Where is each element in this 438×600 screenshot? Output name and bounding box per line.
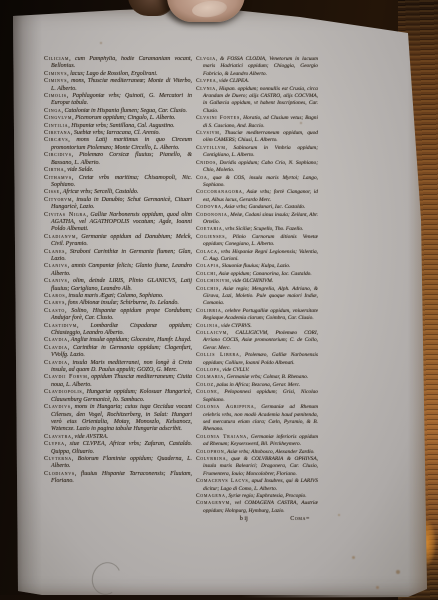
entry-text: palus in Africa; Bezcona, Gerar. Merc. xyxy=(216,382,300,388)
entry-text: Doridis oppidum; Cabo Crio, N. Sophiano;… xyxy=(203,160,318,173)
entry-headword: Coloz xyxy=(196,382,214,388)
entry-headword: Clarvs xyxy=(44,300,65,306)
entry-headword: Cisse xyxy=(44,189,60,195)
dictionary-entry: Colapia, Slauoniæ fluuius; Kulpa, Lazio. xyxy=(196,263,318,270)
dictionary-entry: Clodianvs, fluuius Hispaniæ Tarraconensi… xyxy=(44,471,192,486)
dictionary-entry: Clastidivm, Lombardiæ Cispadanæ oppidum;… xyxy=(44,323,192,338)
entry-headword: Clavdiopolis xyxy=(44,389,82,395)
entry-headword: Claros xyxy=(44,293,65,299)
entry-headword: Clypea xyxy=(44,441,65,447)
entry-headword: Colchis xyxy=(196,286,219,292)
dictionary-entry: Clavstra, vide AVSTRA. xyxy=(44,434,192,441)
entry-text: Hispaniæ vrbs; Santillana, Cal. Augustin… xyxy=(71,123,174,129)
dictionary-entry: Coccoranagora, Asiæ vrbs; fortè Ciangano… xyxy=(196,189,318,204)
entry-headword: Ciminvs xyxy=(44,78,67,84)
entry-headword: Colaca xyxy=(196,249,218,255)
dictionary-entry: Clavdiopolis, Hungariæ oppidum; Kolosuar… xyxy=(44,389,192,404)
dictionary-entry: Codovra, Asiæ vrbs; Gandanari, Iac. Cast… xyxy=(196,204,318,211)
entry-headword: Collops xyxy=(196,367,220,373)
dictionary-entry: Clvterna, Boiorum Flaminiæ oppidum; Quad… xyxy=(44,456,192,471)
dictionary-entry: Ciminvs, mons, Thusciæ mediterraneæ; Mon… xyxy=(44,78,192,93)
entry-headword: Comacenvs Lacvs xyxy=(196,478,248,484)
entry-headword: Clanes xyxy=(44,249,65,255)
entry-text: vide CLIPEA. xyxy=(219,78,249,84)
dictionary-entry: Clavdia, Carinthiæ in Germania oppidum; … xyxy=(44,345,192,360)
entry-separator: , xyxy=(226,145,234,151)
entry-separator: , xyxy=(72,175,79,181)
entry-headword: Colvbrina xyxy=(196,456,226,462)
dictionary-entry: Colmaria, Germaniæ vrbs; Colmar, B. Rhen… xyxy=(196,374,318,381)
text-column-left: Ciliciam, cum Pamphylia, hodie Caramania… xyxy=(44,56,192,538)
dictionary-entry: Ciliciam, cum Pamphylia, hodie Caramania… xyxy=(44,56,192,71)
entry-headword: Ciretana xyxy=(44,130,71,136)
entry-headword: Clavdivs xyxy=(44,404,71,410)
dictionary-entry: Clanivs, olim, deinde LIRIS, Plinio GLAN… xyxy=(44,278,192,293)
dictionary-entry: Clvsivm, Thusciæ mediterraneum oppidum, … xyxy=(196,130,318,145)
entry-headword: Cladianvm xyxy=(44,234,76,240)
entry-headword: Colonia Traiana xyxy=(196,434,247,440)
fingernail xyxy=(191,0,228,19)
entry-headword: Collaicvm xyxy=(196,330,227,336)
entry-text: Suebiæ vrbs; Iarracana, Cl. Arenio. xyxy=(74,130,160,136)
dictionary-entry: Comagenvm, vel COMAGENA CASTRA, Austriæ … xyxy=(196,500,318,515)
book-page: Ciliciam, cum Pamphylia, hodie Caramania… xyxy=(0,0,438,600)
dictionary-entry: Clvpea, vide CLIPEA. xyxy=(196,78,318,85)
entry-headword: Colone xyxy=(196,389,217,395)
entry-text: Germaniæ vrbs; Colmar, B. Rhenano. xyxy=(227,374,309,380)
entry-text: Carinthiæ in Germania oppidum; Clagenfur… xyxy=(51,345,192,358)
entry-text: amnis Campaniæ felicis; Glanio fiume, Le… xyxy=(51,263,192,276)
dictionary-entry: Clarvs, fons Albionæ insulæ; Schirburne,… xyxy=(44,300,192,307)
entry-text: Solino, Hispaniæ oppidum prope Cordubam;… xyxy=(51,308,192,321)
entry-separator: , xyxy=(77,323,91,329)
entry-text: Syriæ regio; Euphratesia, Procopio. xyxy=(228,493,306,499)
entry-headword: Colibria xyxy=(196,308,221,314)
ring-stain xyxy=(88,558,126,598)
dictionary-entry: Cintilia, Hispaniæ vrbs; Santillana, Cal… xyxy=(44,123,192,130)
entry-headword: Collis Libera xyxy=(196,352,239,358)
dictionary-entry: Colonia Agrippina, Germaniæ ad Rhenum ce… xyxy=(196,404,318,434)
entry-headword: Colmaria xyxy=(196,374,224,380)
dictionary-entry: Comacenvs Lacvs, apud Insubres, qui & LA… xyxy=(196,478,318,493)
dictionary-entry: Cityorvm, insula in Danubio; Schut Germa… xyxy=(44,197,192,212)
dictionary-entry: Clypea, siue CLVPEA, Africæ vrbs; Zafara… xyxy=(44,441,192,456)
entry-text: lacus; Lago de Rossilon, Ergolirani. xyxy=(70,71,157,77)
foxing-spot xyxy=(100,42,102,44)
entry-headword: Civitas Nigra xyxy=(44,212,86,218)
entry-text: Cataloniæ in Hispania flumen; Segua, Car… xyxy=(65,108,188,114)
entry-headword: Cinga xyxy=(44,108,62,114)
entry-headword: Codovra xyxy=(196,204,222,210)
entry-headword: Clvgia xyxy=(196,56,216,62)
entry-headword: Cityorvm xyxy=(44,197,72,203)
entry-text: Angliæ insulæ oppidum; Glocestre, Humfr.… xyxy=(71,337,192,343)
entry-headword: Colinia xyxy=(196,323,218,329)
entry-separator: , xyxy=(225,234,232,240)
dictionary-entry: Colinia, vide CYPRVS. xyxy=(196,323,318,330)
entry-text: Slauoniæ fluuius; Kulpa, Lazio. xyxy=(222,263,290,269)
dictionary-entry: Cisse, Africæ vrbs; Sercelli, Castaldo. xyxy=(44,189,192,196)
entry-headword: Comagena xyxy=(196,493,226,499)
dictionary-entry: Cimolis, Paphlagoniæ vrbs; Quinoti, G. M… xyxy=(44,93,192,108)
dictionary-entry: Clvtillvm, Sabinorum in Vmbria oppidum; … xyxy=(196,145,318,160)
entry-headword: Ciliciam xyxy=(44,56,69,62)
dictionary-entry: Cnidos, Doridis oppidum; Cabo Crio, N. S… xyxy=(196,160,318,175)
entry-headword: Clavdia xyxy=(44,337,68,343)
photo-of-book-page: { "page": { "signature": "b ij", "catchw… xyxy=(0,0,438,600)
entry-headword: Clanivs xyxy=(44,263,68,269)
dictionary-entry: Coetaria, vrbs Siciliæ; Scupello, Tho. F… xyxy=(196,226,318,233)
entry-headword: Clavdia xyxy=(44,360,68,366)
dictionary-entry: Clvnia, Hispan. oppidum; nonnullis est C… xyxy=(196,86,318,116)
foxing-spot xyxy=(396,570,400,574)
dictionary-entry: Colchis, Asiæ regio; Mengrelia, Alph. Ad… xyxy=(196,286,318,308)
entry-headword: Cintilia xyxy=(44,123,68,129)
entry-headword: Cnidos xyxy=(196,160,216,166)
entry-text: vrbs Siciliæ; Scupello, Tho. Fazello. xyxy=(225,226,303,232)
entry-text: siue CLVPEA, Africæ vrbs; Zafaran, Casta… xyxy=(51,441,192,454)
signature-mark: b ij xyxy=(240,516,248,523)
dictionary-entry: Circidivs, Ptolemæo Corsicæ fluuius; Pia… xyxy=(44,152,192,167)
dictionary-entry: Colophon, Asiæ vrbs; Altobosco, Alexande… xyxy=(196,449,318,456)
entry-headword: Coetaria xyxy=(196,226,222,232)
entry-text: fons Albionæ insulæ; Schirburne, Io. Lel… xyxy=(68,300,179,306)
entry-headword: Codononia xyxy=(196,212,227,218)
entry-headword: Circidivs xyxy=(44,152,72,158)
entry-headword: Clavdia xyxy=(44,345,68,351)
dictionary-entry: Circævs, mons Latij maritimus in quo Cir… xyxy=(44,137,192,152)
entry-headword: Clastidivm xyxy=(44,323,77,329)
dictionary-entry: Colaca, vrbs Hispaniæ Regni Legionensis;… xyxy=(196,249,318,264)
dictionary-entry: Clvgia, & FOSSA CLODIA, Venetorum in lac… xyxy=(196,56,318,78)
entry-headword: Cogienses xyxy=(196,234,225,240)
entry-text: quæ & COS, insula maris Myrtoi; Lango, S… xyxy=(203,175,318,188)
entry-headword: Cithamvs xyxy=(44,175,72,181)
entry-headword: Colchi xyxy=(196,271,216,277)
entry-headword: Colapia xyxy=(196,263,219,269)
entry-text: vide AVSTRA. xyxy=(75,434,109,440)
dictionary-entry: Clavdii Forvm, oppidum Thusciæ mediterra… xyxy=(44,374,192,389)
dictionary-entry: Cladianvm, Germaniæ oppidum ad Danubium;… xyxy=(44,234,192,249)
text-column-right: Clvgia, & FOSSA CLODIA, Venetorum in lac… xyxy=(196,56,318,556)
dictionary-entry: Civitas Nigra, Galliæ Narbonensis oppidu… xyxy=(44,212,192,234)
entry-headword: Clavstra xyxy=(44,434,72,440)
dictionary-entry: Collaicvm, CALLIGICVM, Ptolemæo CORI, Ar… xyxy=(196,330,318,352)
entry-text: Asiæ oppidum; Cananorina, Iac. Castaldo. xyxy=(219,271,312,277)
entry-headword: Coa xyxy=(196,175,207,181)
entry-headword: Clvsini Fontes xyxy=(196,115,240,121)
dictionary-entry: Clavdivs, mons in Hungaria; cuius iuga O… xyxy=(44,404,192,434)
dictionary-entry: Cogienses, Plinio Carnorum ditionis Vene… xyxy=(196,234,318,249)
dictionary-entry: Cithamvs, Cretæ vrbs maritima; Chisamopo… xyxy=(44,175,192,190)
dictionary-entry: Clavdia, Angliæ insulæ oppidum; Glocestr… xyxy=(44,337,192,344)
entry-text: insula maris Ægæi; Calamo, Sophiano. xyxy=(68,293,163,299)
entry-headword: Colophon xyxy=(196,449,224,455)
dictionary-entry: Clanivs, amnis Campaniæ felicis; Glanio … xyxy=(44,263,192,278)
entry-text: Paphlagoniæ vrbs; Quinoti, G. Mercatori … xyxy=(51,93,192,106)
entry-headword: Cirtha xyxy=(44,167,64,173)
dictionary-entry: Colone, Peloponnesi oppidum; Grisi, Nico… xyxy=(196,389,318,404)
entry-text: Picenorum oppidum; Cingulo, L. Alberto. xyxy=(75,115,175,121)
dictionary-entry: Clavdia, insula Maris mediterranei, non … xyxy=(44,360,192,375)
entry-headword: Colonia Agrippina xyxy=(196,404,254,410)
entry-text: Asiæ vrbs; Gandanari, Iac. Castaldo. xyxy=(224,204,305,210)
foxing-spot xyxy=(300,122,302,124)
gutter-shadow xyxy=(0,0,42,600)
entry-text: Asiæ vrbs; Altobosco, Alexander Zardio. xyxy=(227,449,315,455)
entry-text: vide CVLLV. xyxy=(222,367,249,373)
dictionary-entry: Clanes, Straboni Carinthiæ in Germania f… xyxy=(44,249,192,264)
entry-text: vide Salde. xyxy=(67,167,93,173)
entry-text: Africæ vrbs; Sercelli, Castaldo. xyxy=(63,189,139,195)
entry-text: vide CYPRVS. xyxy=(221,323,252,329)
dictionary-entry: Colibria, celebre Portugalliæ oppidum, v… xyxy=(196,308,318,323)
entry-text: vrbs Hispaniæ Regni Legionensis; Valenti… xyxy=(203,249,318,262)
entry-headword: Colchinivm xyxy=(196,278,229,284)
dictionary-entry: Colvbrina, quæ & COLVBRARIA & OPHIVSA, i… xyxy=(196,456,318,478)
entry-headword: Clodianvs xyxy=(44,471,75,477)
entry-text: Straboni Carinthiæ in Germania flumen; G… xyxy=(51,249,192,262)
dictionary-entry: Colonia Traiana, Germaniæ inferioris opp… xyxy=(196,434,318,449)
dictionary-entry: Cingvlvm, Picenorum oppidum; Cingulo, L.… xyxy=(44,115,192,122)
entry-text: & FOSSA CLODIA, Venetorum in lacuum mari… xyxy=(203,56,318,77)
entry-headword: Clavdii Forvm xyxy=(44,374,87,380)
foxing-spot xyxy=(352,556,355,559)
foxing-spot xyxy=(338,514,340,516)
catchword: Coma= xyxy=(290,516,310,523)
dictionary-entry: Codononia, Melæ, Codani sinus insula; Ze… xyxy=(196,212,318,227)
dictionary-entry: Cirtha, vide Salde. xyxy=(44,167,192,174)
entry-headword: Clvnia xyxy=(196,86,216,92)
entry-headword: Clvtillvm xyxy=(196,145,226,151)
entry-text: Hispan. oppidum; nonnullis est Crusia, c… xyxy=(203,86,318,114)
entry-headword: Cingvlvm xyxy=(44,115,72,121)
entry-text: insula Maris mediterranei, non longè à C… xyxy=(51,360,192,373)
signature-row: b ij Coma= xyxy=(196,516,318,525)
dictionary-entry: Collis Libera, Ptolemæo, Galliæ Narbonen… xyxy=(196,352,318,367)
entry-headword: Cimolis xyxy=(44,93,67,99)
entry-text: olim, deinde LIRIS, Plinio GLANICVS, Lat… xyxy=(51,278,192,291)
entry-headword: Coccoranagora xyxy=(196,189,242,195)
entry-headword: Clanivs xyxy=(44,278,68,284)
entry-headword: Comagenvm xyxy=(196,500,230,506)
dictionary-entry: Coa, quæ & COS, insula maris Myrtoi; Lan… xyxy=(196,175,318,190)
entry-headword: Clvpea xyxy=(196,78,216,84)
entry-headword: Clvsivm xyxy=(196,130,219,136)
dictionary-entry: Clasto, Solino, Hispaniæ oppidum prope C… xyxy=(44,308,192,323)
entry-text: mons, Thusciæ mediterraneæ; Monte di Vit… xyxy=(51,78,192,91)
entry-text: vide OLCHINIVM. xyxy=(232,278,273,284)
bottom-edge-shadow xyxy=(0,595,438,600)
entry-headword: Ciminvs xyxy=(44,71,67,77)
entry-headword: Circævs xyxy=(44,137,68,143)
foxing-spot xyxy=(376,586,379,589)
dictionary-entry: Colchinivm, vide OLCHINIVM. xyxy=(196,278,318,285)
entry-headword: Clasto xyxy=(44,308,65,314)
entry-headword: Clvterna xyxy=(44,456,72,462)
